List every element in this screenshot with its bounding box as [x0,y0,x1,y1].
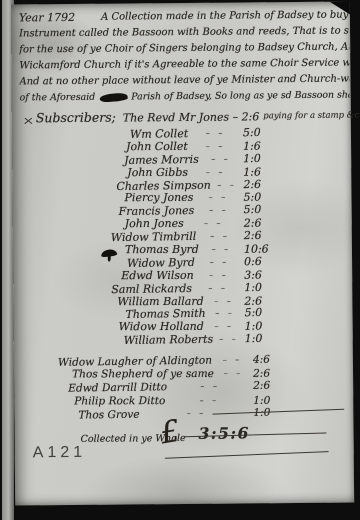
aforesaid-suffix: Parish of Badsey, So long as ye sd Basso… [131,87,350,105]
dash-leader: – – [193,193,243,202]
subscriber-name: Widow Holland [119,320,204,333]
subscriber-amount: 4:6 [253,353,283,365]
ink-blot-redaction [99,93,128,103]
subscriber-amount: 5:0 [244,306,274,319]
subscriber-name: William Roberts [124,333,214,347]
subscriber-amount: 1:6 [243,165,273,178]
dash-leader: – – [199,245,244,254]
subscriber-amount: 3:6 [244,268,274,281]
subscriber-amount: 10:6 [244,243,274,256]
dash-leader: – – [167,381,253,391]
subscriber-row: James Morris– –1:0 [124,152,273,167]
subscriber-row: Saml Rickards– –1:0 [111,280,274,295]
subscriber-amount: 1:0 [253,394,283,406]
subscriber-amount: 2:6 [243,177,273,190]
dash-leader: – – [188,128,243,138]
aforesaid-prefix: of the Aforesaid [20,90,96,107]
subscriber-name: Thomas Byrd [125,243,199,256]
subscribers-line: Subscribers; The Revd Mr Jones – 2:6 pay… [36,107,359,125]
stamp-note: paying for a stamp &c [263,110,359,121]
first-subscriber-entry: The Revd Mr Jones – 2:6 [123,110,260,124]
subscriber-list: Wm Collet– –5:0 John Collet– –1:6 James … [108,126,275,347]
total-amount: 3:5:6 [198,423,249,442]
margin-x-mark [24,116,33,125]
subscriber-row: Widow Byrd– –0:6 [127,255,274,270]
subscriber-name: John Jones [125,217,184,230]
dash-leader: – – [214,369,253,378]
subscriber-name: John Collet [126,140,188,153]
subscribers-label: Subscribers; [36,110,116,126]
subscriber-row: John Gibbs– –1:6 [127,165,273,178]
dash-leader: – – [194,271,244,280]
subscriber-amount: 1:0 [244,280,274,293]
subscriber-amount: 1:0 [243,152,273,165]
dash-leader: – – [195,257,244,267]
subscriber-row: John Collet– –1:6 [126,139,273,152]
dash-leader: – – [192,283,244,293]
subscriber-name: William Ballard [117,294,203,307]
subscriber-amount: 5:0 [243,126,273,139]
dash-leader: – – [196,231,244,241]
dash-leader: – – [204,322,245,331]
subscriber-name: Widow Laugher of Aldington [58,354,212,368]
subscriber-row: Wm Collet– –5:0 [130,126,273,141]
subscriber-amount: 1:0 [245,332,275,345]
dash-leader: – – [184,219,244,228]
subscriber-name: Thos Shepherd of ye same [72,368,214,380]
subscriber-name: Wm Collet [130,127,188,141]
dash-leader: – – [165,395,253,404]
dash-leader: – – [211,180,244,189]
subscriber-name: James Morris [124,153,199,167]
dash-leader: – – [199,154,244,164]
subscriber-amount: 2:6 [244,229,274,242]
subscriber-row: Edwd Wilson– –3:6 [121,268,274,281]
subscriber-name: Saml Rickards [111,282,192,296]
subscriber-row: Thos Grove– –1:0 [78,406,283,422]
dash-leader: – – [206,309,245,319]
subscriber-name: Piercy Jones [124,191,193,204]
subscriber-row: William Roberts– –1:0 [124,332,275,347]
header-line: of the Aforesaid Parish of Badsey, So lo… [20,88,350,107]
dash-leader: – – [204,296,245,305]
subscriber-name: John Gibbs [127,166,188,179]
subscriber-amount: 2:6 [253,380,283,392]
subscriber-amount: 2:6 [253,368,283,380]
subscriber-amount: 1:6 [243,139,273,152]
pen-rule [165,451,329,459]
subscriber-name: Edwd Darrill Ditto [68,382,167,395]
subscriber-amount: 5:0 [244,203,274,216]
subscriber-name: Widow Byrd [127,256,195,270]
dash-leader: – – [188,142,243,151]
document-header: Year 1792 A Collection made in the Paris… [19,8,350,107]
subscriber-amount: 0:6 [244,255,274,268]
subscriber-name: Thos Grove [78,408,139,421]
subscriber-name: Philip Rock Ditto [74,395,165,407]
dash-leader: – – [212,355,253,365]
dash-leader: – – [194,206,244,216]
subscriber-row: Thomas Byrd– –10:6 [125,243,274,256]
manuscript-page: Year 1792 A Collection made in the Paris… [11,2,354,506]
archive-reference-label: A121 [33,444,87,462]
subscriber-name: Edwd Wilson [121,269,194,282]
subscriber-row: Edwd Darrill Ditto– –2:6 [68,380,283,396]
year-label: Year 1792 [19,10,75,26]
dash-leader: – – [213,334,245,343]
dash-leader: – – [188,167,243,176]
